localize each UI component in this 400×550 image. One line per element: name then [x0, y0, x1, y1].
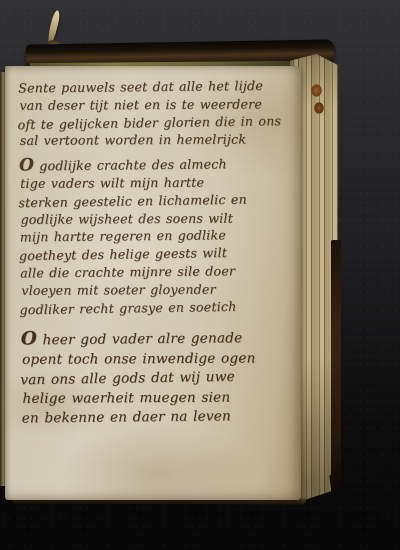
text-line: O heer god vader alre genade — [21, 327, 302, 351]
manuscript-photo: Sente pauwels seet dat alle het lijde va… — [0, 0, 400, 550]
text-line: godlijke wijsheet des soens wilt — [21, 209, 302, 229]
paragraph: O godlijke crachte des almech tige vader… — [19, 155, 302, 318]
paragraph: Sente pauwels seet dat alle het lijde va… — [18, 77, 300, 151]
text-line: O godlijke crachte des almech — [19, 155, 300, 176]
text-line: en bekenne en daer na leven — [22, 407, 303, 429]
text-line: sal vertoont worden in hemelrijck — [20, 131, 301, 151]
handwritten-text-block: Sente pauwels seet dat alle het lijde va… — [18, 77, 303, 436]
text-line: alle die crachte mijnre sile doer — [20, 261, 301, 282]
text-line: van ons alle gods dat wij uwe — [20, 367, 301, 391]
clasp-rust-stain — [311, 84, 322, 97]
paragraph: O heer god vader alre genade opent toch … — [21, 327, 303, 429]
text-line: helige waerheit muegen sien — [22, 388, 303, 409]
text-line: godliker recht grasye en soetich — [19, 296, 300, 318]
clasp-rust-stain — [314, 102, 324, 114]
text-line: Sente pauwels seet dat alle het lijde — [18, 77, 299, 98]
back-cover-edge — [331, 240, 341, 492]
